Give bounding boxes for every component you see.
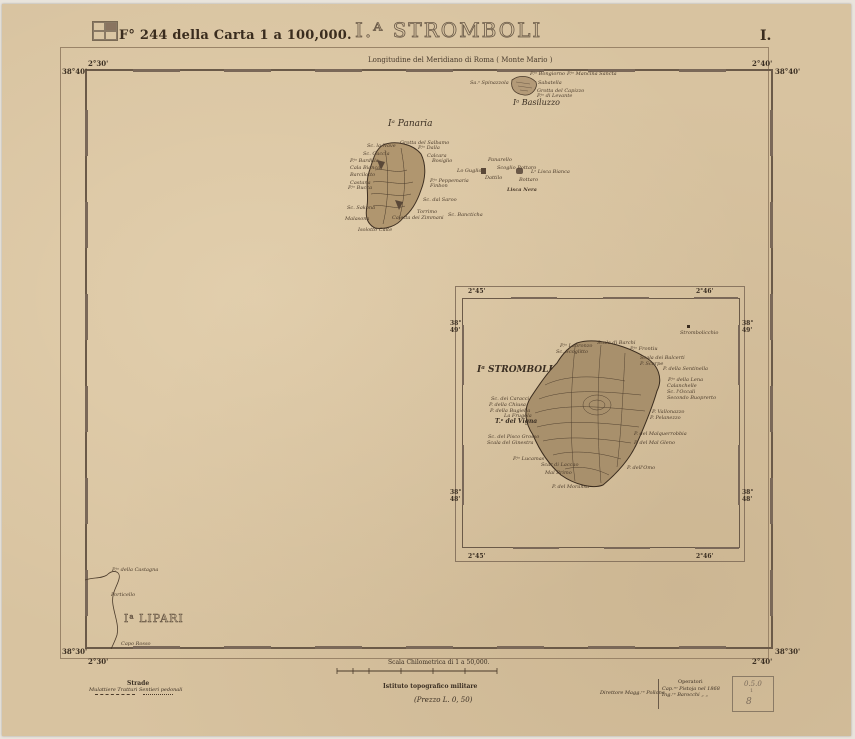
- place-label: Malasona: [345, 216, 369, 222]
- archive-stamp-box: 0.5.0 1 8: [732, 676, 774, 712]
- graticule-bar: [315, 646, 362, 649]
- graticule-bar: [738, 325, 740, 385]
- graticule-bar: [133, 69, 180, 72]
- place-label: P. del Malquerrobbia: [634, 431, 687, 437]
- coord-bottom-right-lat: 38°30': [775, 647, 800, 656]
- graticule-bar: [406, 646, 453, 649]
- graticule-bar: [85, 110, 88, 156]
- place-label: Sc. Bancticha: [448, 212, 483, 218]
- sheet-title: F° 244 della Carta 1 a 100,000.: [119, 28, 352, 43]
- graticule-bar: [604, 547, 650, 549]
- strombolicchio-rock: [687, 325, 690, 328]
- place-label: Bosiglio: [432, 158, 452, 164]
- graticule-bar: [315, 69, 362, 72]
- graticule-bar: [770, 478, 773, 524]
- graticule-bar: [85, 478, 88, 524]
- place-label: T.ᵉ del Vigna: [495, 418, 537, 425]
- stamp-mark: 8: [746, 697, 752, 707]
- island-name-panaria: Iᵃ Panaria: [388, 119, 433, 129]
- graticule-bar: [497, 646, 544, 649]
- place-label: P.ᵗᵃ della Castagna: [112, 567, 158, 573]
- place-label: P.ᵗᵃ Dalla: [418, 145, 440, 151]
- place-label: Caletta dei Zimmani: [392, 215, 444, 221]
- place-label: P. Scarpe: [640, 361, 663, 367]
- place-label: Dattilo: [485, 175, 502, 181]
- place-label: Finbon: [430, 183, 448, 189]
- graticule-bar: [770, 294, 773, 340]
- place-label: P.ᵗᵃ Bardilla: [350, 158, 379, 164]
- island-name-basiluzzo: Iᵃ Basiluzzo: [513, 98, 560, 107]
- place-label: P.ᵗᵃ Mancina Sancta: [567, 71, 617, 77]
- place-label: Barcilotto: [350, 172, 375, 178]
- scale-note: Scala Chilometrica di 1 a 50,000.: [388, 659, 489, 666]
- place-label: P.ᵗᵃ Bucca: [348, 185, 372, 191]
- roads-legend-items: Mulattiere Tratturi Sentieri pedonali: [89, 687, 182, 693]
- coord-bottom-left-lon: 2°30': [88, 657, 108, 666]
- place-label: Sc. Sakona: [347, 205, 375, 211]
- graticule-bar: [513, 547, 559, 549]
- coord-bottom-right-lon: 2°40': [752, 657, 772, 666]
- place-label: P. dell'Omo: [627, 465, 655, 471]
- inset-coord-top-right-lon: 2°46': [696, 288, 713, 295]
- coord-top-left-lat: 38°40': [62, 67, 87, 76]
- place-label: Scar di Laccao: [541, 462, 578, 468]
- inset-coord-bottom-left-lat: 38° 48': [450, 489, 460, 503]
- graticule-bar: [224, 69, 271, 72]
- place-label: Mal Brimo: [545, 470, 572, 476]
- graticule-bar: [224, 646, 271, 649]
- graticule-bar: [603, 297, 649, 299]
- graticule-bar: [511, 297, 557, 299]
- graticule-bar: [695, 547, 739, 549]
- place-label: Isolotto Calte: [358, 227, 392, 233]
- map-title: I.ᴬ STROMBOLI: [355, 18, 542, 42]
- place-label: Lᵃ Lisca Bianca: [531, 169, 570, 175]
- graticule-bar: [462, 445, 464, 505]
- stamp-mark: 1: [750, 688, 753, 694]
- place-label: P.ᵗᵃ Frontiu: [630, 346, 658, 352]
- graticule-bar: [462, 325, 464, 385]
- operators-title: Operatori: [678, 679, 703, 685]
- graticule-bar: [679, 69, 726, 72]
- lipari-coastline: [85, 565, 135, 649]
- place-label: Sabatella: [538, 80, 562, 86]
- place-label: La Frugola: [504, 413, 532, 419]
- coord-top-right-lat: 38°40': [775, 67, 800, 76]
- legend-line-sentieri: [143, 694, 173, 695]
- stamp-mark: 0.5.0: [744, 680, 762, 688]
- place-label: Capo Rosso: [121, 641, 151, 647]
- place-label: Secondo Buoprerto: [667, 395, 716, 401]
- legend-line-mulattiere: [95, 694, 135, 695]
- graticule-bar: [694, 297, 738, 299]
- graticule-bar: [85, 294, 88, 340]
- place-label: Lo Guglio: [457, 168, 482, 174]
- graticule-bar: [406, 69, 453, 72]
- place-label: Lisca Nera: [507, 187, 537, 193]
- coord-top-left-lon: 2°30': [88, 59, 108, 68]
- island-name-lipari: Iᵃ LIPARI: [124, 612, 184, 625]
- place-label: Bottaro: [519, 177, 538, 183]
- place-label: Sc. dal Saroo: [423, 197, 457, 203]
- inset-coord-bottom-left-lon: 2°45': [468, 553, 485, 560]
- coord-bottom-left-lat: 38°30': [62, 647, 87, 656]
- coord-top-right-lon: 2°40': [752, 59, 772, 68]
- place-label: P. del Mal Gleno: [634, 440, 675, 446]
- inset-coord-top-right-lat: 38° 49': [742, 320, 752, 334]
- inset-coord-bottom-right-lon: 2°46': [696, 553, 713, 560]
- place-label: P. Pelanezzo: [650, 415, 681, 421]
- graticule-bar: [738, 445, 740, 505]
- place-label: Sa.ᵃ Spinazzola: [470, 80, 509, 86]
- meridian-note: Longitudine del Meridiano di Roma ( Mont…: [368, 56, 552, 64]
- place-label: Scala del Ginestra: [487, 440, 533, 446]
- place-label: Porticello: [111, 592, 135, 598]
- place-label: Sc. Gaccia: [363, 151, 390, 157]
- graticule-bar: [770, 570, 773, 616]
- place-label: P.ᵗᵃ Bongiorno: [530, 71, 565, 77]
- place-label: P.ᵗᵃ Lucamas: [513, 456, 544, 462]
- graticule-bar: [770, 110, 773, 156]
- graticule-bar: [85, 386, 88, 432]
- roads-legend-title: Strade: [127, 680, 149, 687]
- graticule-bar: [770, 202, 773, 248]
- scale-bar: [335, 668, 500, 674]
- price-note: (Prezzo L. 0, 50): [414, 696, 472, 704]
- sheet-number: I.: [760, 28, 771, 44]
- inset-coord-top-left-lat: 38° 49': [450, 320, 460, 334]
- operator-2: Ing.ʳᵉ Barocchi „ „: [662, 692, 708, 698]
- place-label: P. del Moransa: [552, 484, 589, 490]
- sheet-index-grid-icon: [92, 21, 118, 41]
- place-label: P. della Sentinella: [663, 366, 708, 372]
- place-label: Panarello: [488, 157, 512, 163]
- place-label: Cala Bianca: [350, 165, 380, 171]
- bracket: [658, 679, 659, 709]
- graticule-bar: [679, 646, 726, 649]
- director-name: Direttore Magg.ʳᵉ Pollone: [600, 690, 665, 696]
- place-label: Sc. la Nave: [367, 143, 396, 149]
- graticule-bar: [770, 386, 773, 432]
- inset-coord-bottom-right-lat: 38° 48': [742, 489, 752, 503]
- place-label: Strombolicchio: [680, 330, 718, 336]
- graticule-bar: [85, 202, 88, 248]
- inset-coord-top-left-lon: 2°45': [468, 288, 485, 295]
- graticule-bar: [588, 646, 635, 649]
- institute-name: Istituto topografico militare: [383, 683, 477, 690]
- place-label: Sc. Scoglitto: [556, 349, 588, 355]
